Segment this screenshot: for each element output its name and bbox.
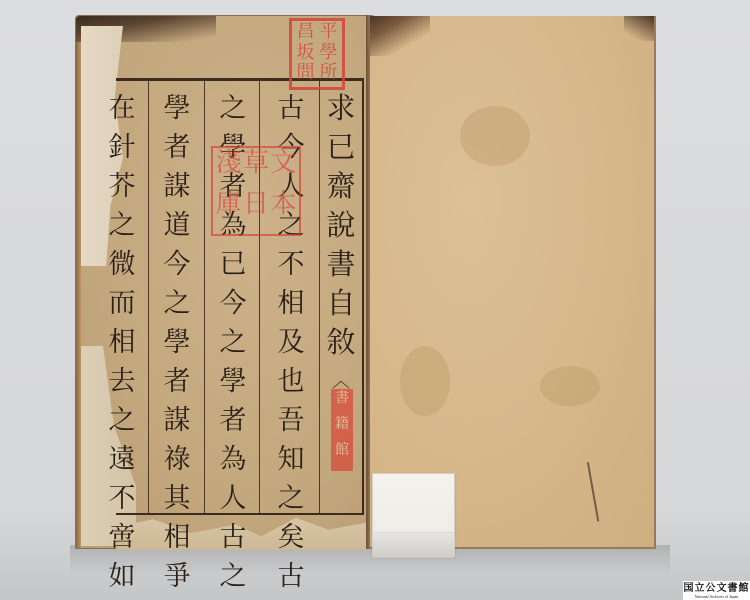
page-edge	[76, 16, 81, 548]
char: 矣	[278, 518, 305, 557]
seal-char: 所	[317, 64, 340, 85]
char: 其	[164, 479, 191, 518]
char: 針	[109, 128, 136, 167]
seal-char: 館	[333, 443, 351, 469]
char: 相	[278, 284, 305, 323]
char: 自	[326, 284, 355, 323]
seal-char: 庫	[215, 191, 242, 232]
char: 謀	[164, 167, 191, 206]
char: 啻	[109, 518, 136, 557]
seal-char: 淺	[215, 150, 242, 191]
seal-char: 昌	[294, 23, 317, 44]
char: 者	[164, 362, 191, 401]
char: 求	[326, 89, 355, 128]
paper-stain	[540, 366, 600, 406]
char: 為	[220, 440, 247, 479]
column-rule	[204, 81, 205, 513]
char: 吾	[278, 401, 305, 440]
char: 之	[109, 401, 136, 440]
right-page-blank	[370, 16, 656, 549]
char: 相	[164, 518, 191, 557]
page-corner-damage	[370, 16, 430, 56]
paper-stain	[460, 106, 530, 166]
logo-title-jp: 国立公文書館	[684, 583, 750, 594]
char: 人	[220, 479, 247, 518]
char: 不	[278, 245, 305, 284]
national-archives-logo: 国立公文書館 National Archives of Japan	[683, 581, 750, 600]
text-column-title: 求 已 齋 說 書 自 敘 ︿	[320, 89, 362, 401]
char: 學	[220, 362, 247, 401]
char: 祿	[164, 440, 191, 479]
char: 敘	[326, 323, 355, 362]
paper-stain	[400, 346, 450, 416]
char: 遠	[109, 440, 136, 479]
char: 學	[164, 323, 191, 362]
char: 微	[109, 245, 136, 284]
seal-char: 本	[270, 191, 297, 232]
seal-char: 文	[270, 150, 297, 191]
char: 知	[278, 440, 305, 479]
char: 謀	[164, 401, 191, 440]
seal-char: 學	[317, 44, 340, 65]
char: 去	[109, 362, 136, 401]
seal-char: 坂	[294, 44, 317, 65]
char: 之	[278, 479, 305, 518]
red-seal-stamp-middle: 淺 草 文 庫 日 本	[211, 146, 301, 236]
char: 相	[109, 323, 136, 362]
char: 也	[278, 362, 305, 401]
red-seal-stamp-small: 書 籍 館	[331, 389, 353, 471]
char: 說	[326, 206, 355, 245]
char: 古	[278, 557, 305, 596]
seal-char: 日	[242, 191, 269, 232]
text-column-5: 在 針 芥 之 微 而 相 去 之 遠 不 啻 如	[101, 89, 143, 596]
char: 古	[278, 89, 305, 128]
char: 已	[220, 245, 247, 284]
char: 之	[220, 557, 247, 596]
char: 之	[164, 284, 191, 323]
char: 而	[109, 284, 136, 323]
logo-title-en: National Archives of Japan	[695, 594, 738, 599]
char: 齋	[326, 167, 355, 206]
char: 學	[164, 89, 191, 128]
char: 已	[326, 128, 355, 167]
text-frame: 求 已 齋 說 書 自 敘 ︿ 古 今 人 之 不 相 及 也 吾 知 之 矣 …	[116, 78, 364, 515]
char: 如	[109, 557, 136, 596]
char: 書	[326, 245, 355, 284]
char: 之	[220, 323, 247, 362]
seal-char: 書	[333, 391, 351, 417]
column-rule	[148, 81, 149, 513]
page-corner-damage	[624, 16, 654, 41]
archive-label-slip	[372, 473, 455, 557]
seal-char: 籍	[333, 417, 351, 443]
char: 道	[164, 206, 191, 245]
char: 者	[220, 401, 247, 440]
char: 今	[164, 245, 191, 284]
char: 及	[278, 323, 305, 362]
seal-char: 草	[242, 150, 269, 191]
label-fold	[373, 532, 454, 558]
char: 今	[220, 284, 247, 323]
char: 不	[109, 479, 136, 518]
char: 者	[164, 128, 191, 167]
seal-char: 問	[294, 64, 317, 85]
text-column-4: 學 者 謀 道 今 之 學 者 謀 祿 其 相 爭	[156, 89, 198, 596]
left-page: 求 已 齋 說 書 自 敘 ︿ 古 今 人 之 不 相 及 也 吾 知 之 矣 …	[75, 15, 369, 549]
char: 爭	[164, 557, 191, 596]
char: 芥	[109, 167, 136, 206]
char: 在	[109, 89, 136, 128]
char: 之	[220, 89, 247, 128]
paper-crack	[587, 460, 609, 521]
seal-char: 平	[317, 23, 340, 44]
char: 古	[220, 518, 247, 557]
red-seal-stamp-top: 昌 平 坂 學 問 所	[289, 18, 345, 90]
char: 之	[109, 206, 136, 245]
